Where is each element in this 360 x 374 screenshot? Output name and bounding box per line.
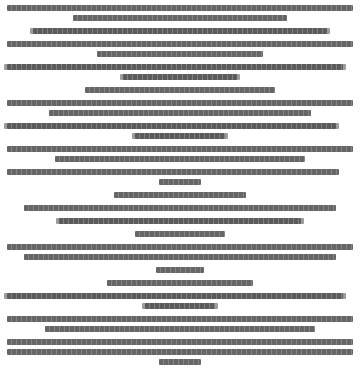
redacted-text-line [7,13,353,23]
redaction-bar [7,316,353,322]
redaction-bar [7,349,353,355]
text-paragraph-17-dialogue [7,291,353,311]
redaction-bar [7,64,343,70]
redaction-bar [24,254,335,260]
text-paragraph-18-narration [7,314,353,334]
redacted-text-line [7,357,353,367]
redaction-bar [7,293,343,299]
redacted-text-line [7,216,353,226]
redacted-text-line [7,131,353,141]
redacted-text-line [7,154,353,164]
redacted-text-line [7,203,353,213]
text-paragraph-16-narration [7,278,353,288]
redacted-text-line [7,3,353,13]
text-paragraph-2-dialogue [7,26,353,36]
text-paragraph-15-narration [7,265,353,275]
text-paragraph-13-narration [7,229,353,239]
redacted-text-line [7,190,353,200]
redacted-text-line [7,98,353,108]
text-body [7,3,353,367]
redacted-text-line [7,324,353,334]
redaction-bar [49,110,312,116]
redaction-bar [59,218,301,224]
redaction-bar [135,133,225,139]
redacted-text-line [7,72,353,82]
redaction-bar [97,51,263,57]
redaction-bar [145,303,214,309]
text-paragraph-8-narration [7,144,353,164]
redacted-text-line [7,49,353,59]
redaction-bar [135,231,225,237]
redaction-bar [7,146,353,152]
redaction-bar [107,280,252,286]
redacted-text-line [7,252,353,262]
text-paragraph-4-dialogue [7,62,353,82]
redaction-bar [7,41,353,47]
redaction-bar [159,359,201,365]
redacted-text-line [7,39,353,49]
redaction-bar [123,74,237,80]
redacted-text-line [7,242,353,252]
redacted-text-line [7,177,353,187]
redaction-bar [159,179,201,185]
redacted-text-line [7,85,353,95]
text-paragraph-5-narration [7,85,353,95]
document-page [0,0,360,374]
redaction-bar [45,326,315,332]
redacted-text-line [7,278,353,288]
redacted-text-line [7,167,353,177]
redacted-text-line [7,229,353,239]
text-paragraph-3-narration [7,39,353,59]
redacted-text-line [7,144,353,154]
redaction-bar [114,192,245,198]
redacted-text-line [7,347,353,357]
redaction-bar [7,123,336,129]
redaction-bar [24,205,335,211]
text-paragraph-7-dialogue [7,121,353,141]
redaction-bar [7,100,353,106]
redacted-text-line [7,108,353,118]
redaction-bar [156,267,204,273]
redacted-text-line [7,314,353,324]
text-paragraph-14-narration [7,242,353,262]
text-paragraph-6-narration [7,98,353,118]
text-paragraph-10-narration [7,190,353,200]
redaction-bar [55,156,304,162]
redaction-bar [7,244,353,250]
text-paragraph-19-narration [7,337,353,367]
redaction-bar [7,339,353,345]
redacted-text-line [7,62,353,72]
redaction-bar [73,15,288,21]
text-paragraph-1-narration [7,3,353,23]
redacted-text-line [7,337,353,347]
redacted-text-line [7,26,353,36]
text-paragraph-11-narration [7,203,353,213]
redaction-bar [85,87,275,93]
redaction-bar [33,28,327,34]
text-paragraph-9-monologue [7,167,353,187]
redaction-bar [7,5,353,11]
redaction-bar [7,169,339,175]
redacted-text-line [7,291,353,301]
redacted-text-line [7,301,353,311]
redacted-text-line [7,121,353,131]
redacted-text-line [7,265,353,275]
text-paragraph-12-dialogue [7,216,353,226]
